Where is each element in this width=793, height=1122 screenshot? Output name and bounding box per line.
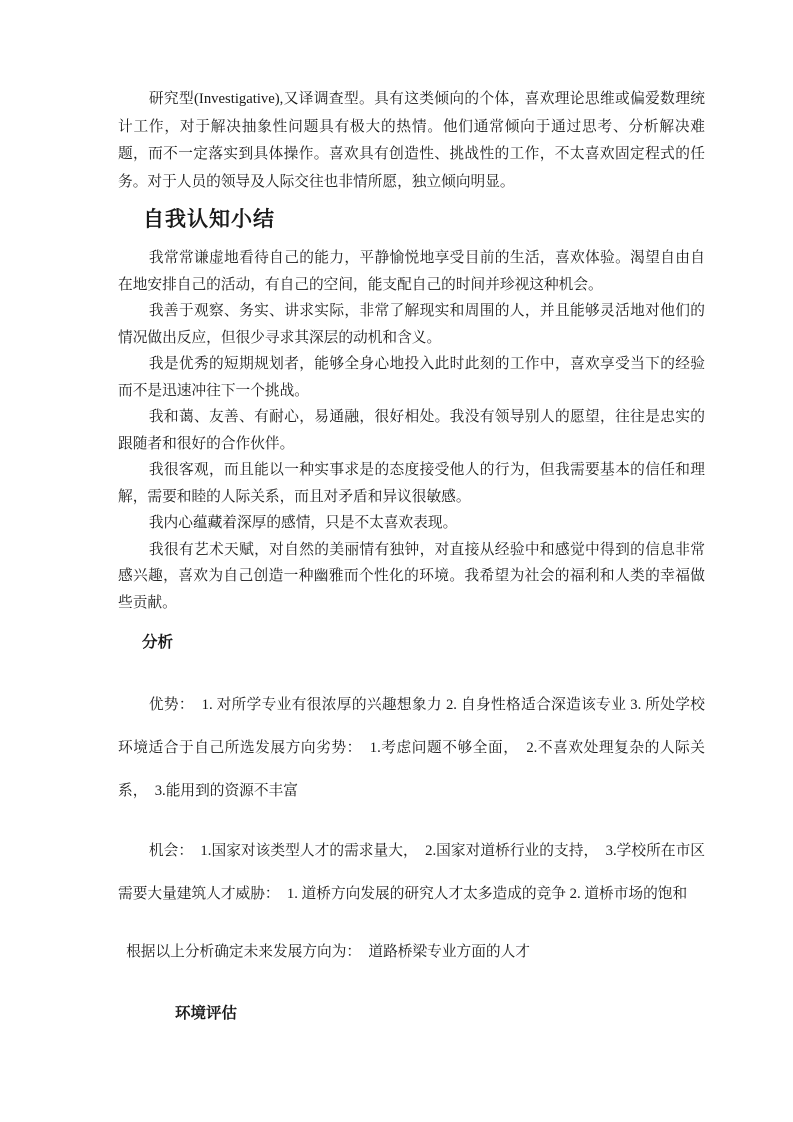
heading-self-summary: 自我认知小结 — [143, 207, 705, 232]
paragraph-development-direction: 根据以上分析确定未来发展方向为： 道路桥梁专业方面的人才 — [118, 931, 705, 974]
heading-environment-assessment: 环境评估 — [175, 1003, 705, 1024]
paragraph-self-summary-6: 我内心蕴藏着深厚的感情，只是不太喜欢表现。 — [118, 510, 705, 537]
heading-analysis: 分析 — [142, 632, 705, 653]
paragraph-self-summary-2: 我善于观察、务实、讲求实际，非常了解现实和周围的人，并且能够灵活地对他们的情况做… — [118, 298, 705, 351]
paragraph-investigative-type: 研究型(Investigative),又译调查型。具有这类倾向的个体，喜欢理论思… — [118, 86, 705, 196]
paragraph-opportunities-threats: 机会： 1.国家对该类型人才的需求量大， 2.国家对道桥行业的支持， 3.学校所… — [118, 830, 705, 916]
paragraph-strengths-weaknesses: 优势： 1. 对所学专业有很浓厚的兴趣想象力 2. 自身性格适合深造该专业 3.… — [118, 684, 705, 813]
paragraph-self-summary-4: 我和蔼、友善、有耐心，易通融，很好相处。我没有领导别人的愿望，往往是忠实的跟随者… — [118, 404, 705, 457]
document-content: 研究型(Investigative),又译调查型。具有这类倾向的个体，喜欢理论思… — [118, 86, 705, 1024]
document-page: 研究型(Investigative),又译调查型。具有这类倾向的个体，喜欢理论思… — [0, 0, 793, 1122]
paragraph-self-summary-5: 我很客观，而且能以一种实事求是的态度接受他人的行为，但我需要基本的信任和理解，需… — [118, 457, 705, 510]
paragraph-self-summary-3: 我是优秀的短期规划者，能够全身心地投入此时此刻的工作中，喜欢享受当下的经验而不是… — [118, 351, 705, 404]
paragraph-self-summary-1: 我常常谦虚地看待自己的能力，平静愉悦地享受目前的生活，喜欢体验。渴望自由自在地安… — [118, 245, 705, 298]
paragraph-self-summary-7: 我很有艺术天赋，对自然的美丽情有独钟，对直接从经验中和感觉中得到的信息非常感兴趣… — [118, 537, 705, 617]
